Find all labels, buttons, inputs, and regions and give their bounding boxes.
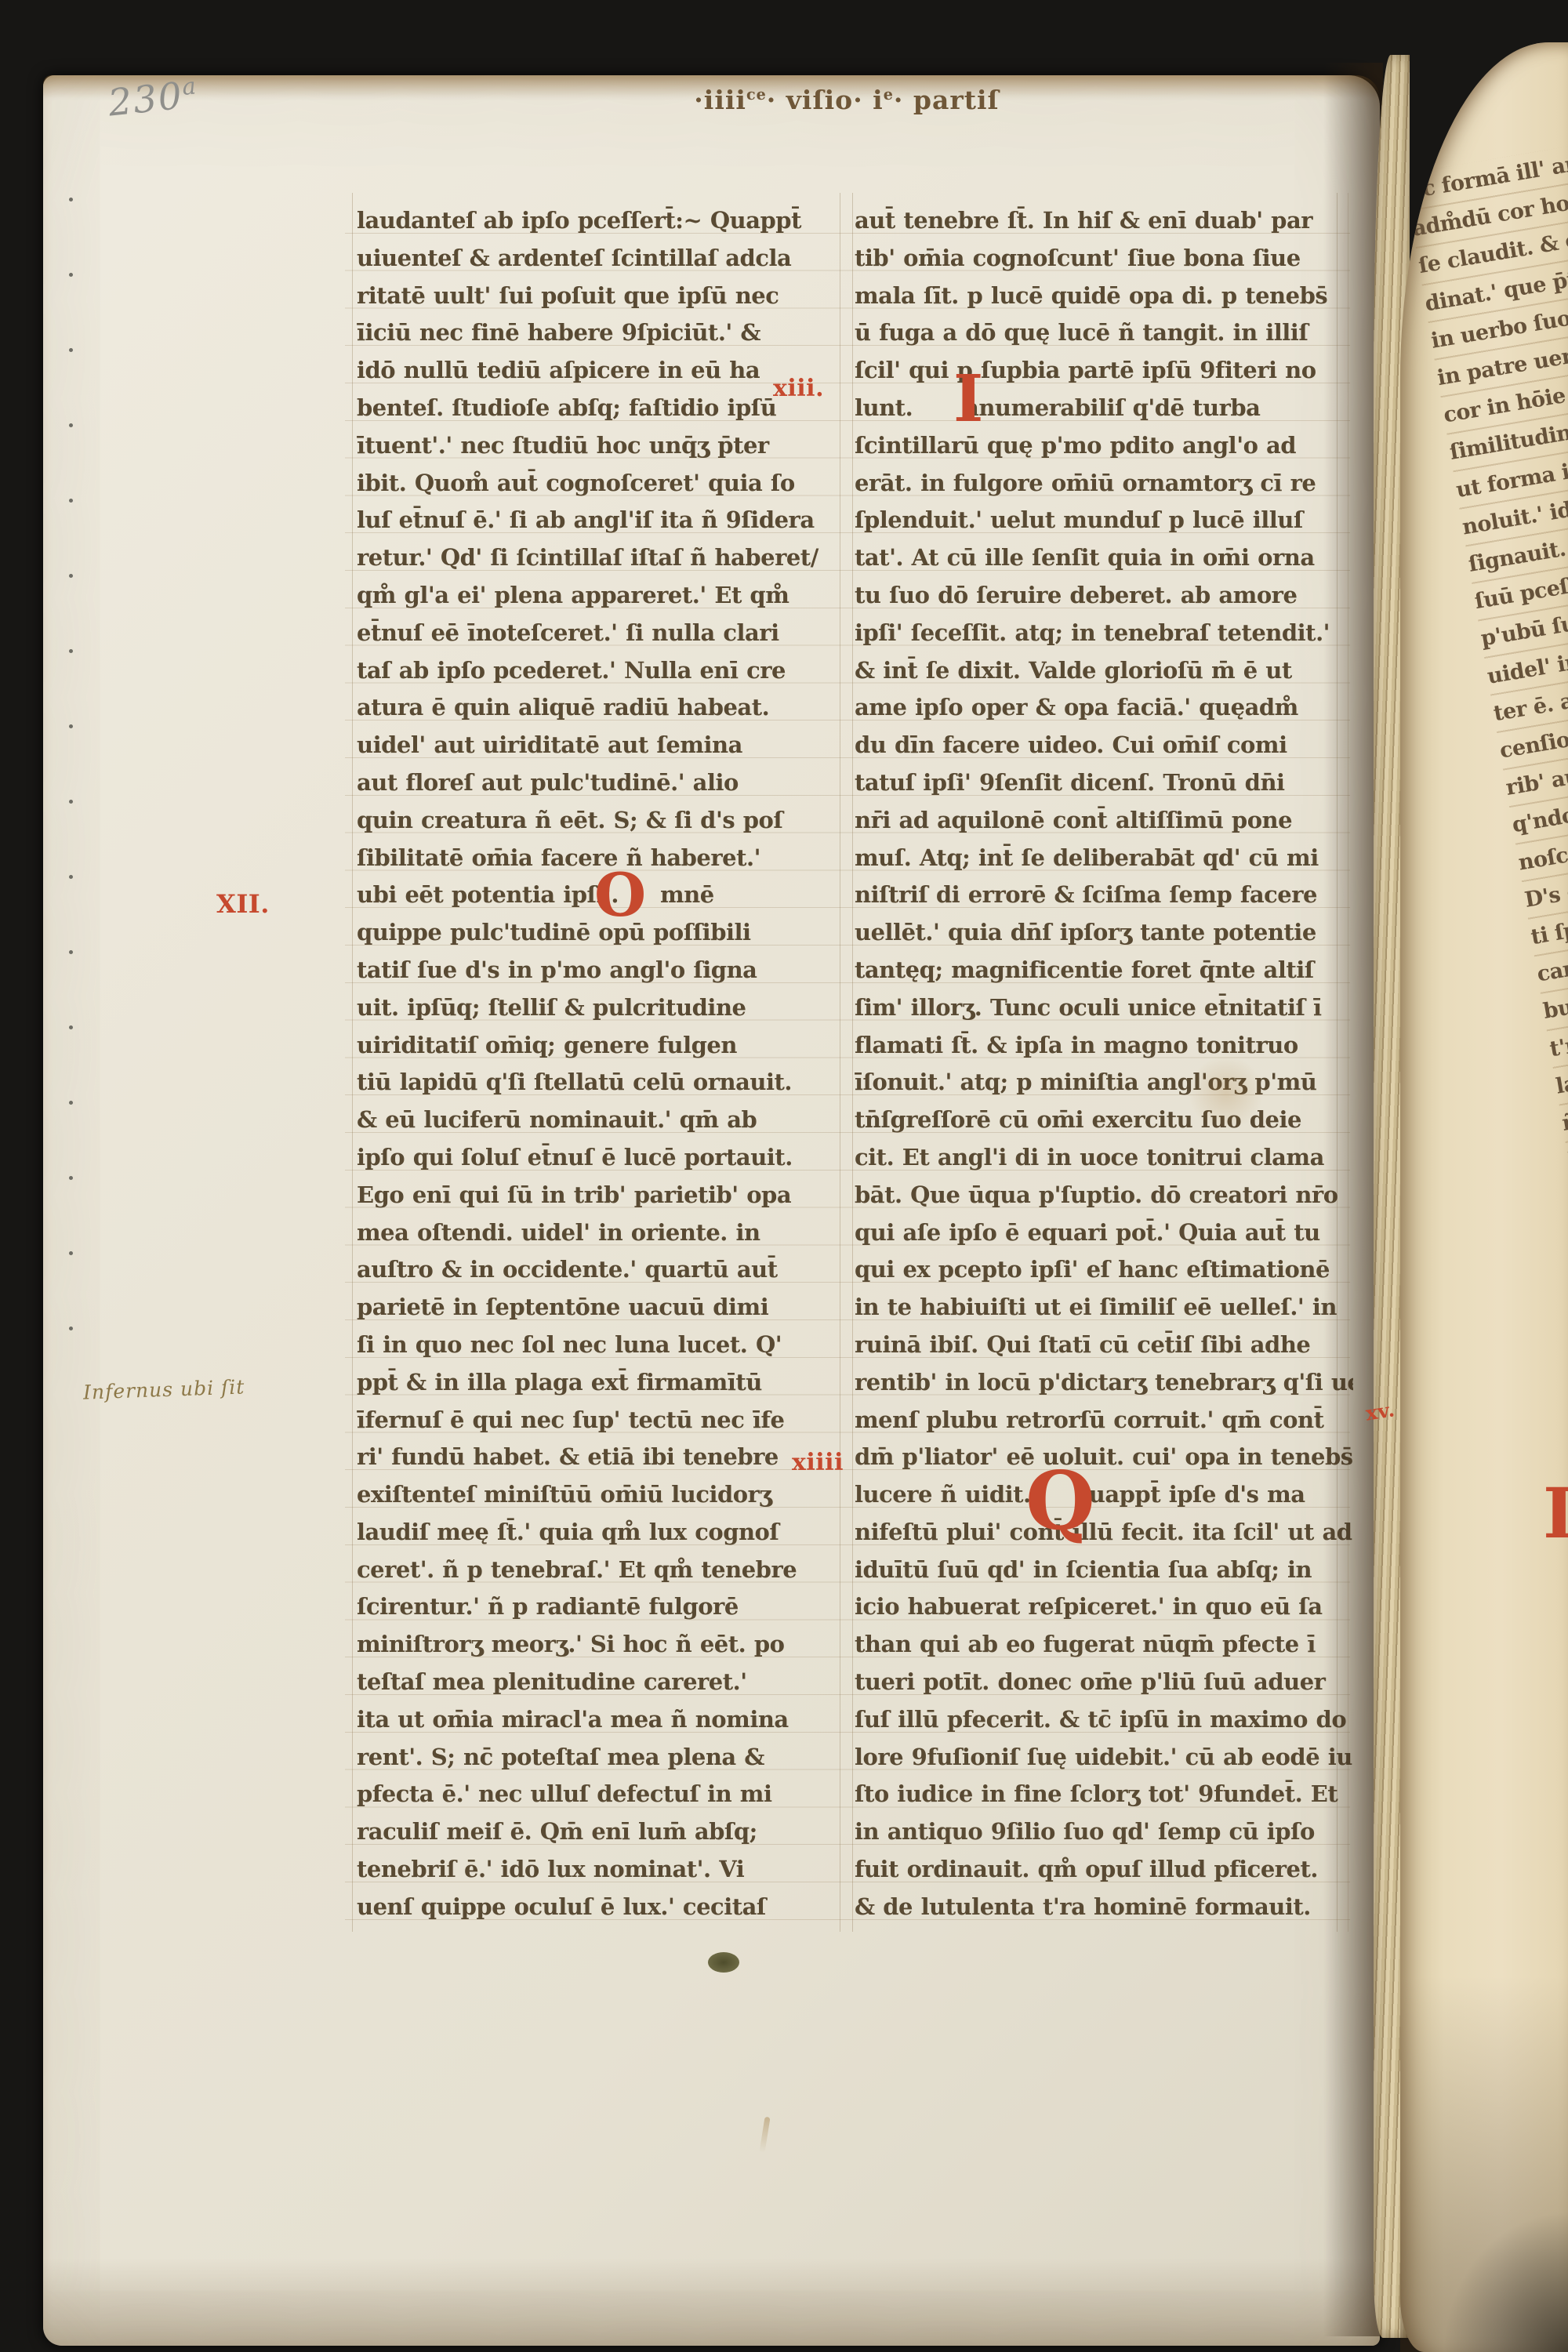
parchment-stain bbox=[1189, 1055, 1264, 1131]
rubric-initial-O: O bbox=[594, 866, 646, 925]
prick-hole bbox=[69, 875, 73, 879]
text-column-left: laudanteſ ab ipſo pceſſert̄:~ Quappt̄ ui… bbox=[357, 202, 849, 1932]
corner-shadow bbox=[1443, 2211, 1568, 2352]
prick-hole bbox=[69, 649, 73, 653]
manuscript-photo: 230a ·iiiice· viſio· ie· partiſ laudante… bbox=[0, 0, 1568, 2352]
running-header: ·iiiice· viſio· ie· partiſ bbox=[690, 85, 1004, 115]
prick-hole bbox=[69, 574, 73, 578]
prick-hole bbox=[69, 1251, 73, 1255]
folio-digits: 230 bbox=[106, 74, 185, 125]
header-superscript: e bbox=[884, 85, 894, 103]
ruling-vertical-line bbox=[352, 193, 353, 1932]
prick-hole bbox=[69, 1327, 73, 1330]
parchment-hole-spot bbox=[708, 1952, 739, 1973]
prick-hole bbox=[69, 1025, 73, 1029]
prick-hole bbox=[69, 198, 73, 201]
chapter-number-xiiii: xiiii bbox=[792, 1449, 844, 1476]
chapter-number-xii: XII. bbox=[216, 889, 270, 919]
prick-hole bbox=[69, 273, 73, 277]
header-part: ·iiii bbox=[694, 85, 746, 115]
header-part: · viſio· i bbox=[767, 85, 884, 115]
prick-hole bbox=[69, 800, 73, 804]
chapter-number-xv: xv. bbox=[1364, 1398, 1396, 1425]
chapter-number-xiii: xiii. bbox=[773, 375, 824, 402]
header-superscript: ce bbox=[746, 85, 767, 103]
prick-hole bbox=[69, 423, 73, 427]
folio-suffix: a bbox=[181, 72, 199, 100]
prick-hole bbox=[69, 950, 73, 954]
facing-page-text: ſic formā ill' ante adm̊dū cor hominiſ r… bbox=[1403, 91, 1568, 1926]
manuscript-page-recto-edge: ſic formā ill' ante adm̊dū cor hominiſ r… bbox=[1400, 42, 1568, 2352]
rubric-initial-I: I bbox=[953, 367, 983, 431]
prick-hole bbox=[69, 1176, 73, 1180]
rubric-initial-Q: Q bbox=[1025, 1461, 1095, 1541]
prick-hole bbox=[69, 1101, 73, 1105]
ruling-vertical-line bbox=[852, 193, 853, 1932]
prick-hole bbox=[69, 724, 73, 728]
page-bottom-discoloration bbox=[43, 2258, 1380, 2346]
prick-hole bbox=[69, 348, 73, 352]
header-part: · partiſ bbox=[894, 85, 1000, 115]
rubric-initial-facing: I bbox=[1543, 1479, 1568, 1548]
prick-hole bbox=[69, 499, 73, 503]
text-column-right: aut̄ tenebre ſt̄. In hiſ & enī duab' par… bbox=[855, 202, 1353, 1932]
